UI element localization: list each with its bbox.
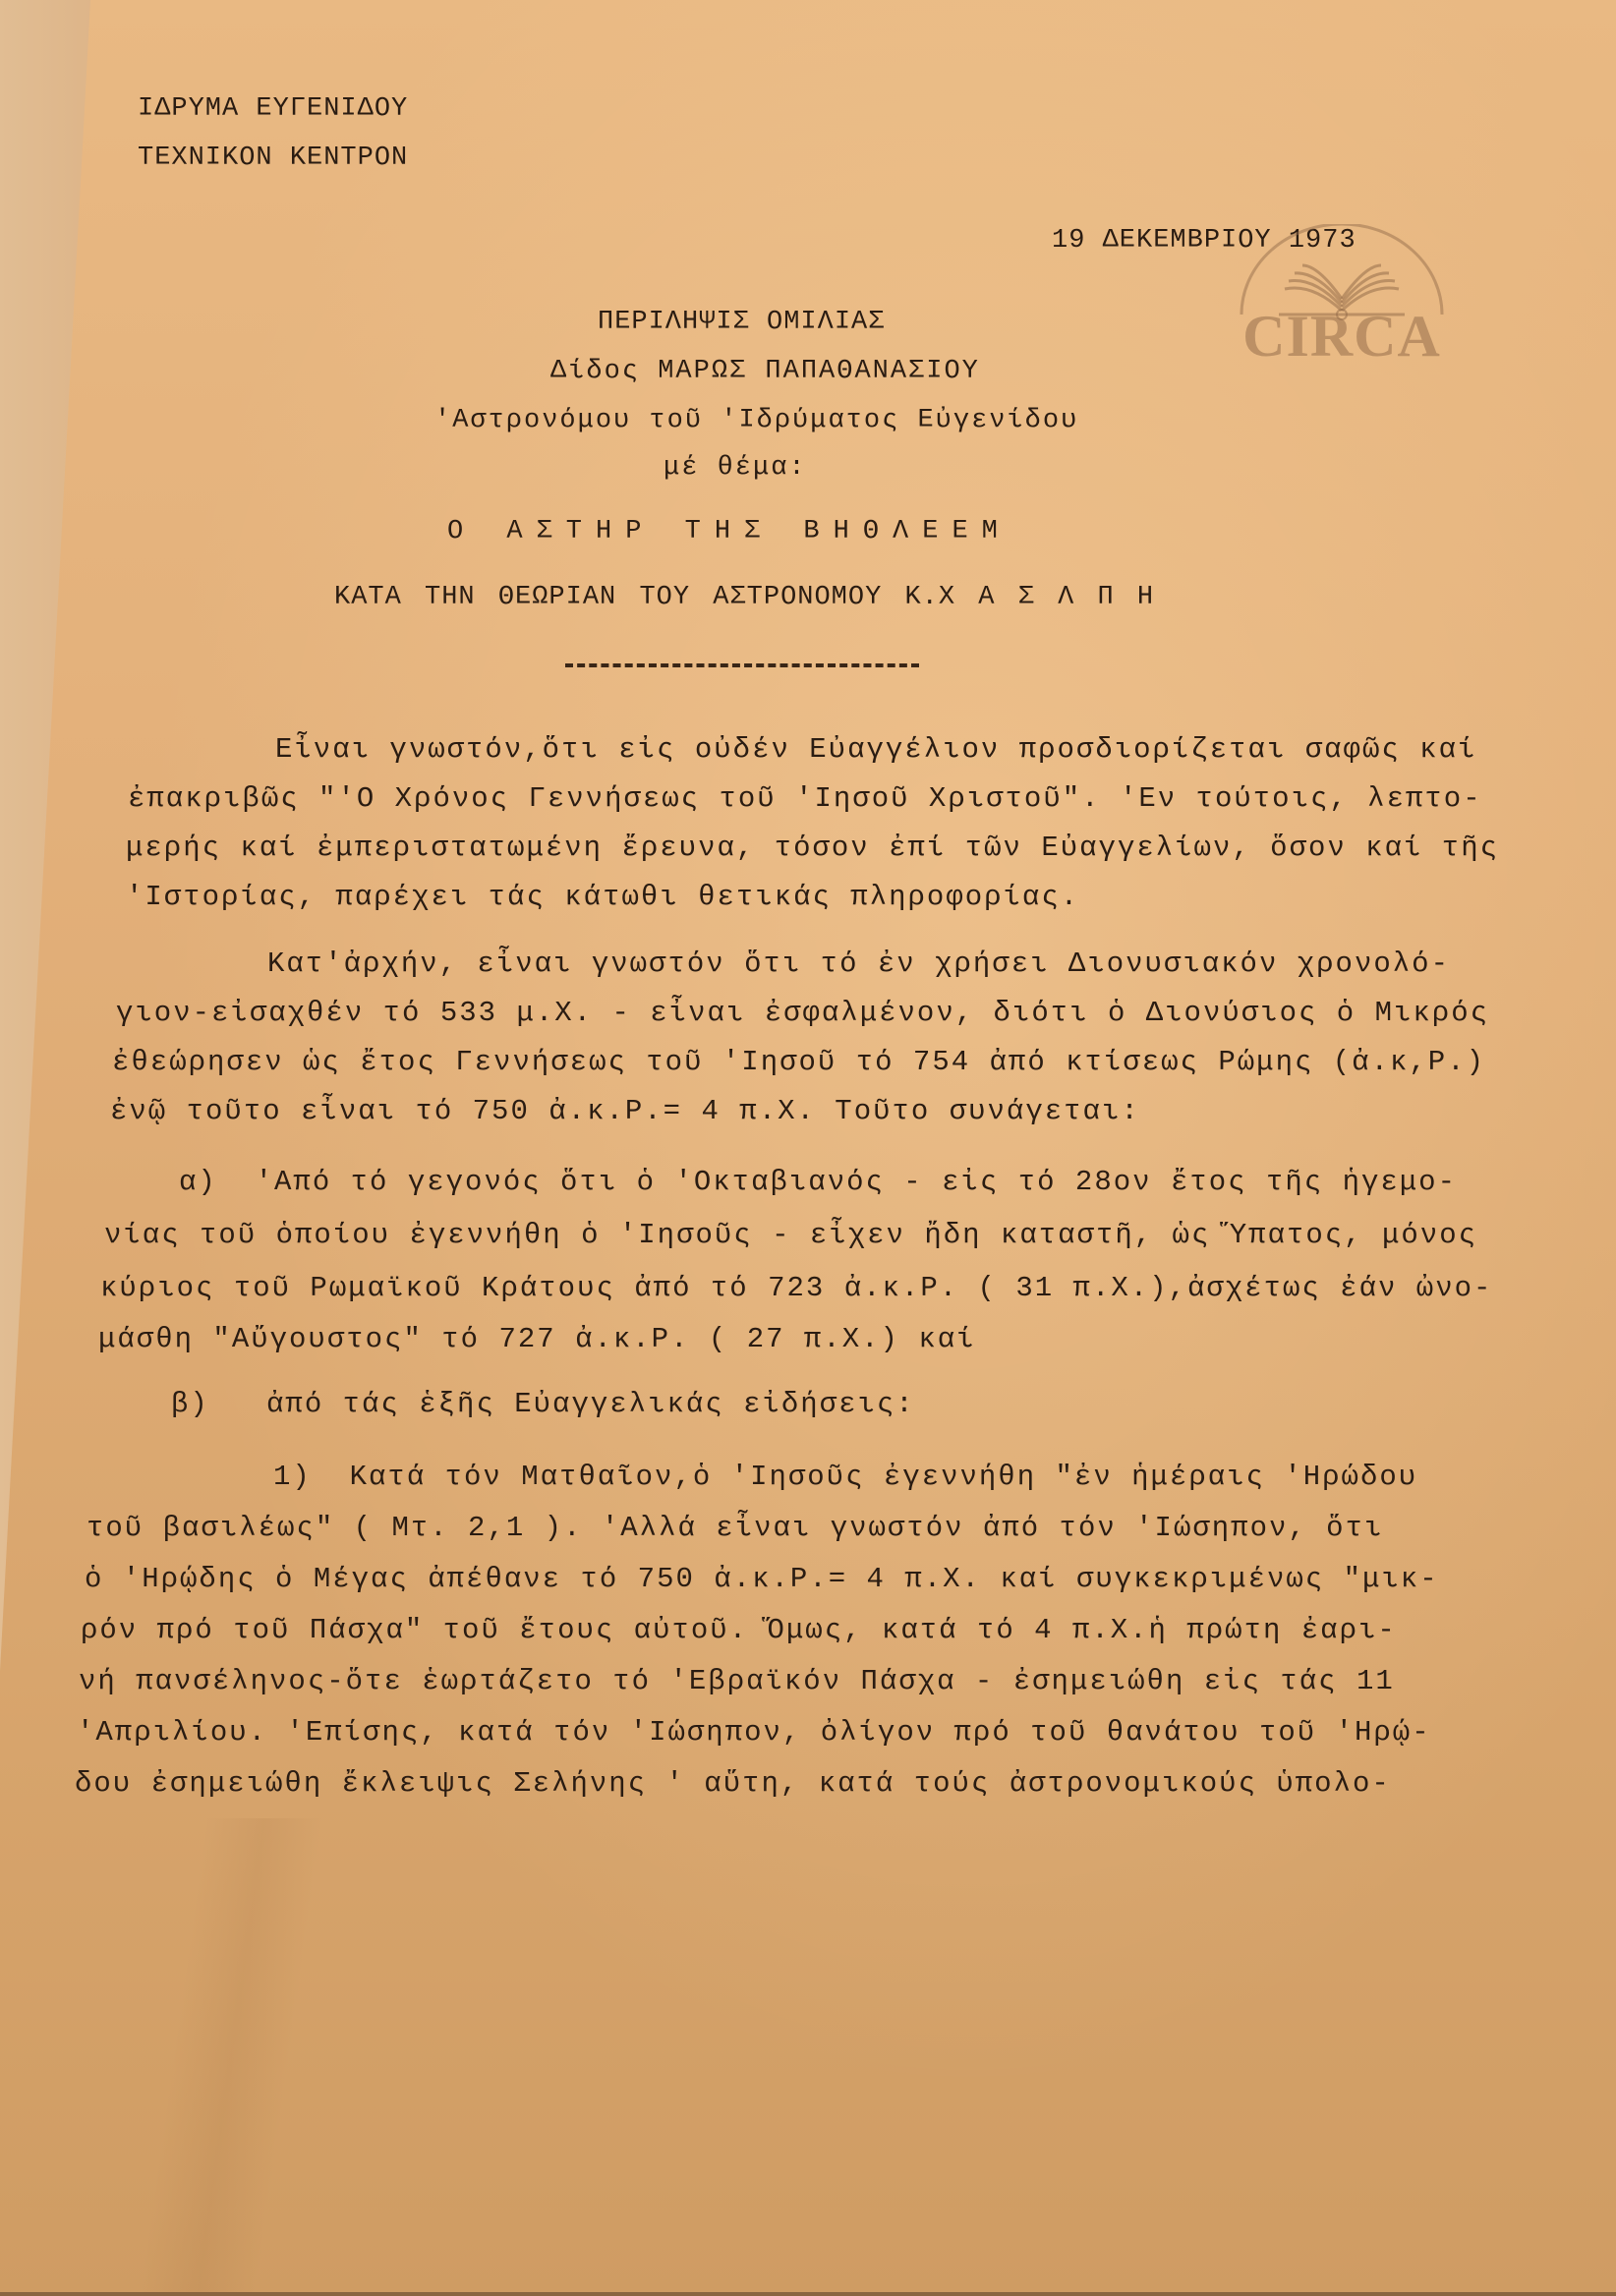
subject-label: μέ θέμα: — [664, 455, 807, 482]
lecture-subject: Ο ΑΣΤΗΡ ΤΗΣ ΒΗΘΛΕΕΜ — [447, 519, 1011, 545]
body-line: νίας τοῦ ὁποίου ἐγεννήθη ὁ 'Ιησοῦς - εἶχ… — [104, 1221, 1477, 1249]
body-line: γιον-εἰσαχθέν τό 533 μ.Χ. - εἶναι ἐσφαλμ… — [116, 999, 1489, 1027]
speaker-name: Δίδος ΜΑΡΩΣ ΠΑΠΑΘΑΝΑΣΙΟΥ — [550, 359, 980, 385]
body-line: τοῦ βασιλέως" ( Μτ. 2,1 ). 'Αλλά εἶναι γ… — [87, 1514, 1383, 1542]
body-line: 'Απριλίου. 'Επίσης, κατά τόν 'Ιώσηπον, ὀ… — [77, 1718, 1431, 1747]
circa-watermark: CIRCA — [1224, 224, 1460, 411]
body-line: ἐνῷ τοῦτο εἶναι τό 750 ἀ.κ.Ρ.= 4 π.Χ. Το… — [110, 1097, 1140, 1125]
watermark-text: CIRCA — [1224, 303, 1460, 371]
list-item-a: α) 'Από τό γεγονός ὅτι ὁ 'Οκταβιανός - ε… — [179, 1168, 1457, 1196]
body-line: ρόν πρό τοῦ Πάσχα" τοῦ ἔτους αὐτοῦ. Ὅμως… — [81, 1616, 1397, 1644]
institution-department: ΤΕΧΝΙΚΟΝ ΚΕΝΤΡΟΝ — [138, 145, 408, 172]
body-line: μάσθη "Αὔγουστος" τό 727 ἀ.κ.Ρ. ( 27 π.Χ… — [98, 1325, 976, 1353]
list-item-b: β) ἀπό τάς ἑξῆς Εὐαγγελικάς εἰδήσεις: — [171, 1390, 915, 1418]
body-line: Κατ'ἀρχήν, εἶναι γνωστόν ὅτι τό ἐν χρήσε… — [267, 949, 1450, 978]
body-line: 'Ιστορίας, παρέχει τάς κάτωθι θετικάς πλ… — [126, 883, 1079, 911]
body-line: μερής καί ἐμπεριστατωμένη ἔρευνα, τόσον … — [126, 833, 1499, 862]
lecture-subtitle: ΚΑΤΑ ΤΗΝ ΘΕΩΡΙΑΝ ΤΟΥ ΑΣΤΡΟΝΟΜΟΥ Κ.Χ Α Σ … — [334, 585, 1154, 611]
body-line: Εἶναι γνωστόν,ὅτι εἰς οὐδέν Εὐαγγέλιον π… — [275, 735, 1476, 764]
body-line: δου ἐσημειώθη ἔκλειψις Σελήνης ' αὕτη, κ… — [75, 1769, 1391, 1798]
summary-heading: ΠΕΡΙΛΗΨΙΣ ΟΜΙΛΙΑΣ — [598, 310, 885, 336]
page-bottom-edge — [0, 2292, 1616, 2296]
institution-name: ΙΔΡΥΜΑ ΕΥΓΕΝΙΔΟΥ — [138, 96, 408, 123]
body-line: ἐθεώρησεν ὡς ἔτος Γεννήσεως τοῦ 'Ιησοῦ τ… — [112, 1048, 1485, 1076]
body-line: ὁ 'Ηρῴδης ὁ Μέγας ἀπέθανε τό 750 ἀ.κ.Ρ.=… — [85, 1565, 1439, 1593]
body-line: νή πανσέληνος-ὅτε ἑωρτάζετο τό 'Εβραϊκόν… — [79, 1667, 1395, 1695]
body-line: κύριος τοῦ Ρωμαϊκοῦ Κράτους ἀπό τό 723 ἀ… — [100, 1274, 1492, 1302]
speaker-title: 'Αστρονόμου τοῦ 'Ιδρύματος Εὐγενίδου — [434, 408, 1078, 434]
list-item-1: 1) Κατά τόν Ματθαῖον,ὁ 'Ιησοῦς ἐγεννήθη … — [273, 1463, 1417, 1491]
title-divider — [565, 663, 919, 667]
body-line: ἐπακριβῶς "'Ο Χρόνος Γεννήσεως τοῦ 'Ιησο… — [128, 784, 1482, 813]
